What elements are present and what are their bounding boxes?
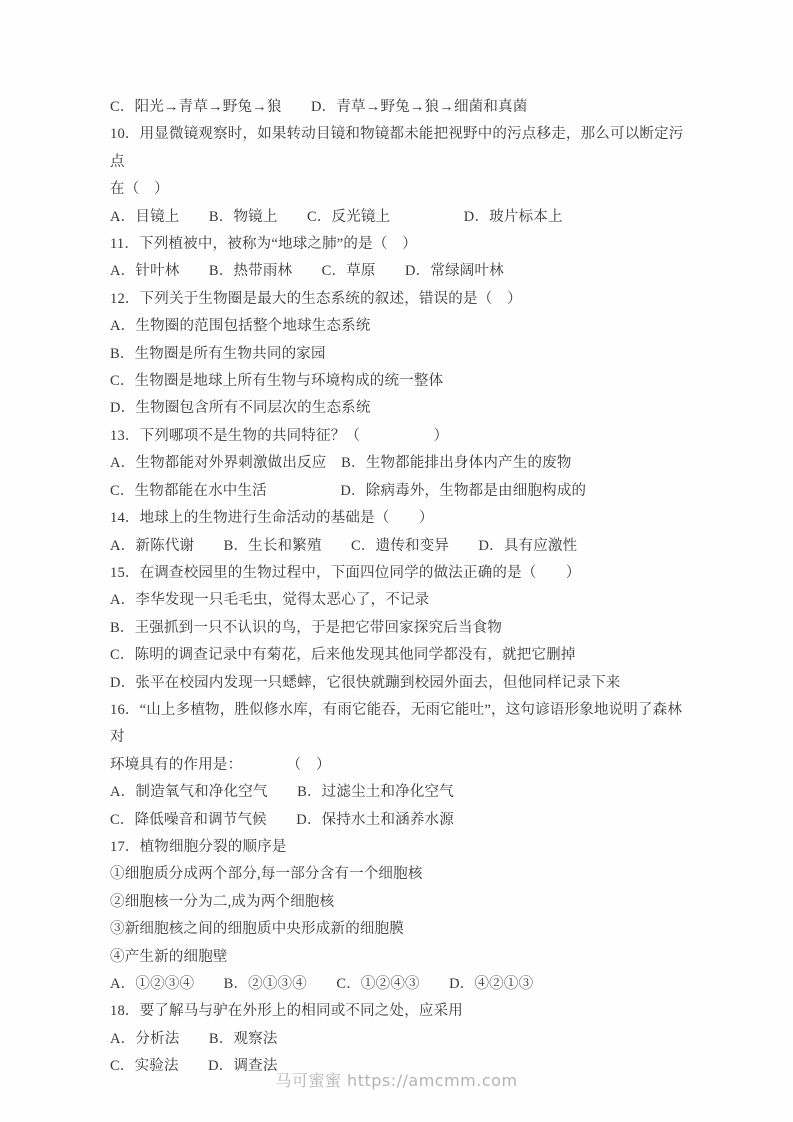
text-line: B．生物圈是所有生物共同的家园 — [110, 341, 696, 368]
text-line: 17．植物细胞分裂的顺序是 — [110, 834, 696, 861]
text-line: C．生物都能在水中生活 D．除病毒外，生物都是由细胞构成的 — [110, 478, 696, 505]
text-line: 10．用显微镜观察时，如果转动目镜和物镜都未能把视野中的污点移走，那么可以断定污… — [110, 121, 696, 176]
text-line: ③新细胞核之间的细胞质中央形成新的细胞膜 — [110, 916, 696, 943]
text-line: A．李华发现一只毛毛虫，觉得太恶心了，不记录 — [110, 587, 696, 614]
text-line: A．针叶林 B．热带雨林 C．草原 D．常绿阔叶林 — [110, 258, 696, 285]
text-line: A．生物都能对外界刺激做出反应 B．生物都能排出身体内产生的废物 — [110, 450, 696, 477]
text-line: ②细胞核一分为二,成为两个细胞核 — [110, 889, 696, 916]
text-line: B．王强抓到一只不认识的鸟，于是把它带回家探究后当食物 — [110, 615, 696, 642]
text-line: A．分析法 B．观察法 — [110, 1026, 696, 1053]
text-line: D．张平在校园内发现一只蟋蟀，它很快就蹦到校园外面去，但他同样记录下来 — [110, 670, 696, 697]
text-line: C．生物圈是地球上所有生物与环境构成的统一整体 — [110, 368, 696, 395]
text-line: C．降低噪音和调节气候 D．保持水土和涵养水源 — [110, 807, 696, 834]
text-line: A．①②③④ B．②①③④ C．①②④③ D．④②①③ — [110, 971, 696, 998]
text-line: A．新陈代谢 B．生长和繁殖 C．遗传和变异 D．具有应激性 — [110, 533, 696, 560]
text-line: A．生物圈的范围包括整个地球生态系统 — [110, 313, 696, 340]
text-line: 14．地球上的生物进行生命活动的基础是（ ） — [110, 505, 696, 532]
text-line: 11．下列植被中，被称为“地球之肺”的是（ ） — [110, 231, 696, 258]
text-line: 13．下列哪项不是生物的共同特征？（ ） — [110, 423, 696, 450]
page-footer: 马可蜜蜜 https://amcmm.com — [0, 1068, 793, 1091]
text-line: 环境具有的作用是： （ ） — [110, 752, 696, 779]
text-line: 12．下列关于生物圈是最大的生态系统的叙述，错误的是（ ） — [110, 286, 696, 313]
text-line: C．阳光→青草→野兔→狼 D．青草→野兔→狼→细菌和真菌 — [110, 94, 696, 121]
text-line: C．陈明的调查记录中有菊花，后来他发现其他同学都没有，就把它删掉 — [110, 642, 696, 669]
footer-watermark: 马可蜜蜜 https://amcmm.com — [275, 1071, 517, 1090]
text-line: ①细胞质分成两个部分,每一部分含有一个细胞核 — [110, 861, 696, 888]
exam-document: C．阳光→青草→野兔→狼 D．青草→野兔→狼→细菌和真菌 10．用显微镜观察时，… — [110, 94, 696, 1081]
text-line: A．制造氧气和净化空气 B．过滤尘土和净化空气 — [110, 779, 696, 806]
text-line: 在（ ） — [110, 176, 696, 203]
text-line: 15．在调查校园里的生物过程中，下面四位同学的做法正确的是（ ） — [110, 560, 696, 587]
text-line: 18．要了解马与驴在外形上的相同或不同之处，应采用 — [110, 998, 696, 1025]
text-line: 16．“山上多植物，胜似修水库，有雨它能吞，无雨它能吐”，这句谚语形象地说明了森… — [110, 697, 696, 752]
text-line: D．生物圈包含所有不同层次的生态系统 — [110, 395, 696, 422]
text-line: A．目镜上 B．物镜上 C．反光镜上 D．玻片标本上 — [110, 204, 696, 231]
text-line: ④产生新的细胞壁 — [110, 944, 696, 971]
